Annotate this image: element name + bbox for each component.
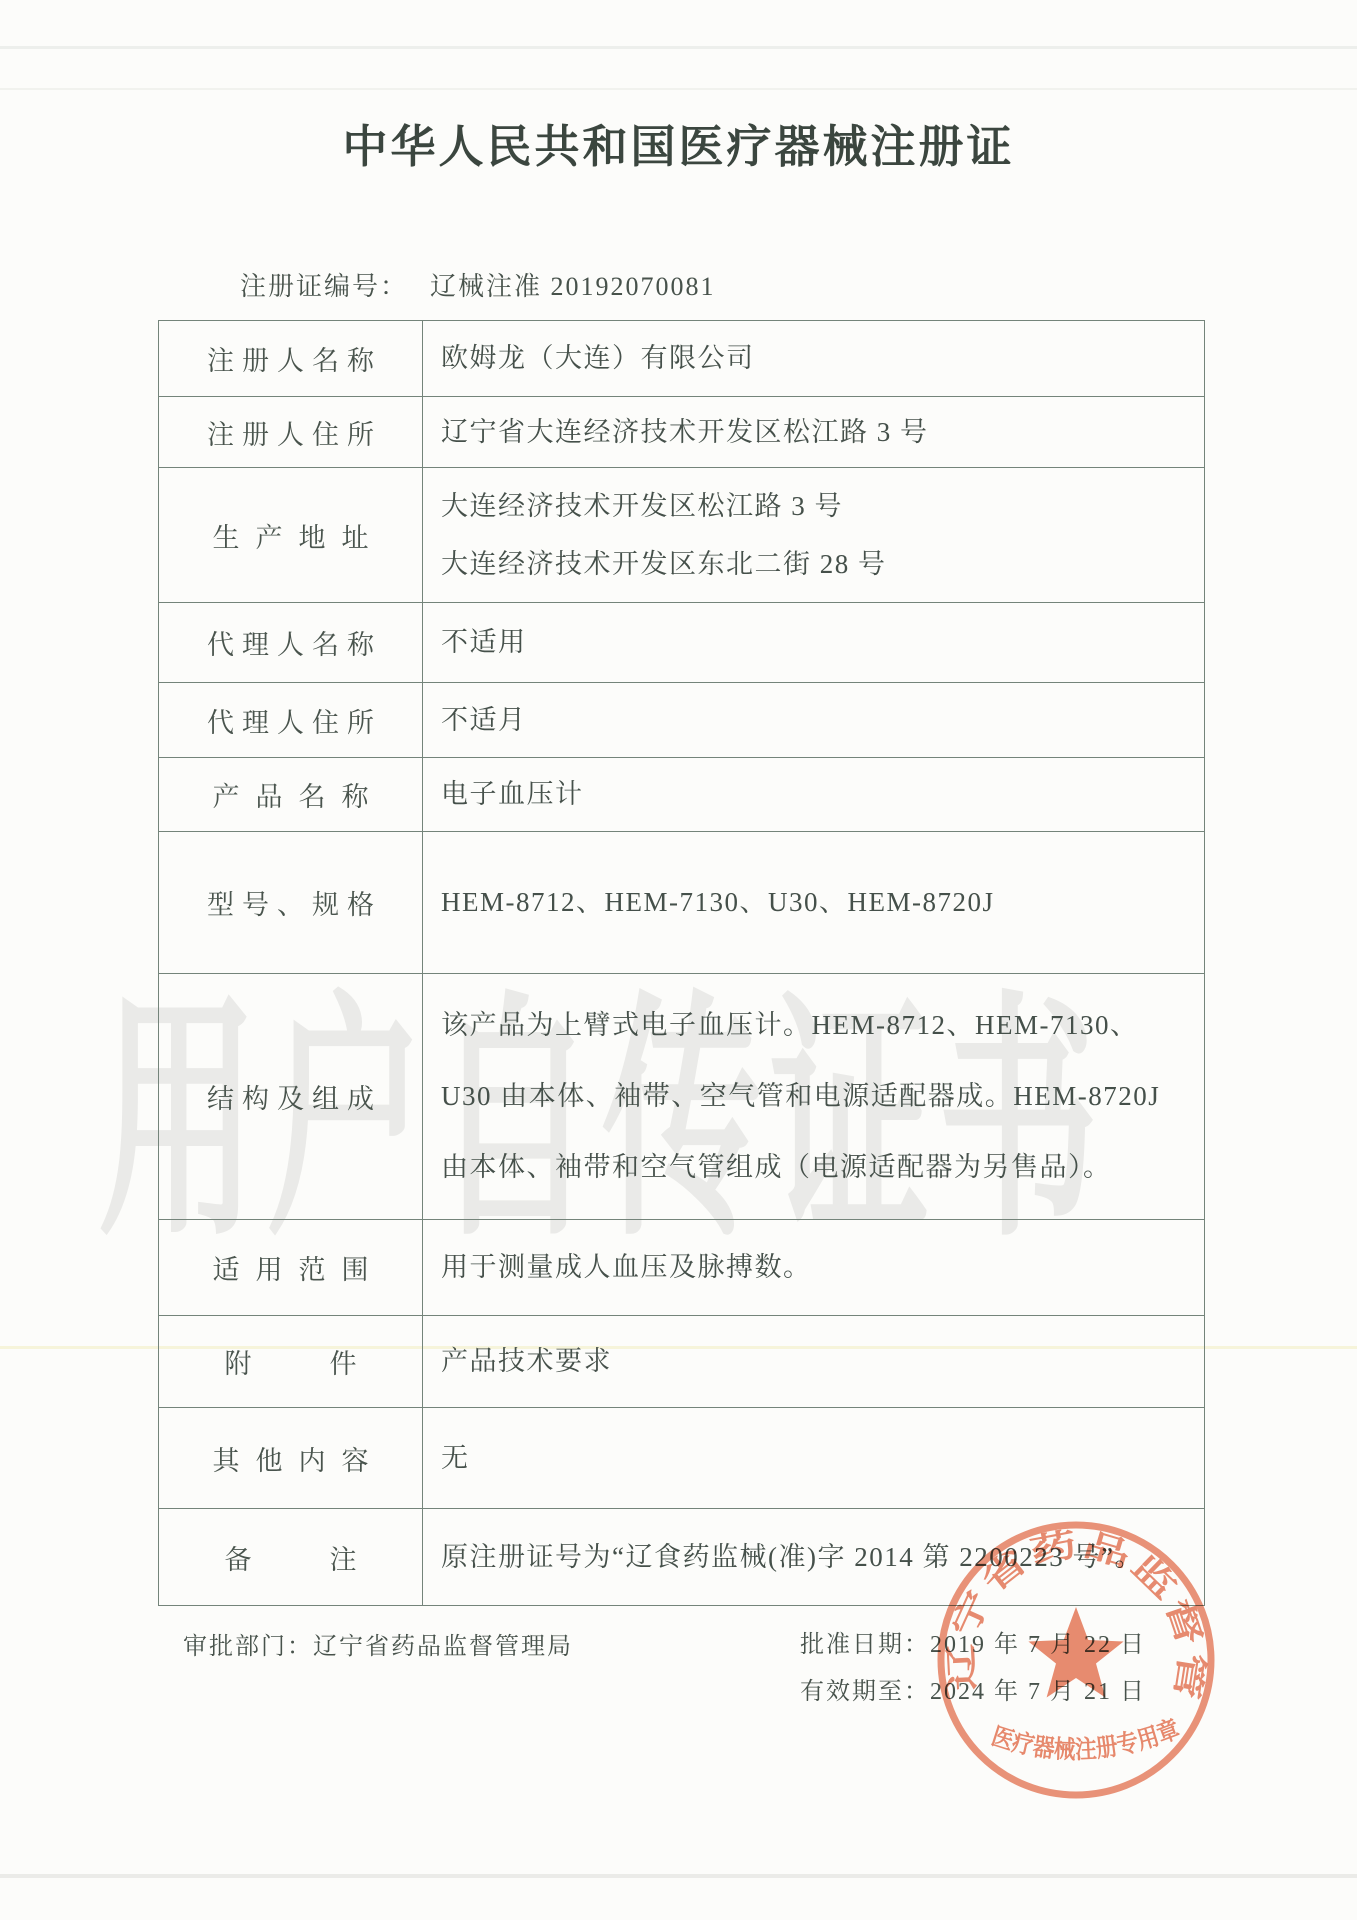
row-label: 产品名称	[159, 758, 423, 832]
table-row: 其他内容无	[159, 1408, 1205, 1509]
approval-date-label: 批准日期：	[800, 1632, 930, 1658]
row-label: 附 件	[159, 1316, 423, 1408]
row-value-line: 辽宁省大连经济技术开发区松江路 3 号	[441, 414, 1203, 450]
row-value: 不适月	[423, 683, 1205, 758]
row-label: 适用范围	[159, 1220, 423, 1316]
svg-text:医疗器械注册专用章: 医疗器械注册专用章	[988, 1714, 1183, 1764]
row-label: 注册人名称	[159, 321, 423, 397]
approval-department-value: 辽宁省药品监督管理局	[313, 1634, 573, 1660]
row-value: 辽宁省大连经济技术开发区松江路 3 号	[423, 397, 1205, 468]
table-row: 产品名称电子血压计	[159, 758, 1205, 832]
row-value: 不适用	[423, 603, 1205, 683]
certificate-table: 注册人名称欧姆龙（大连）有限公司注册人住所辽宁省大连经济技术开发区松江路 3 号…	[158, 320, 1205, 1606]
row-label: 型号、规格	[159, 832, 423, 974]
row-value: 原注册证号为“辽食药监械(准)字 2014 第 2200223 号”。	[423, 1509, 1205, 1606]
row-label: 其他内容	[159, 1408, 423, 1509]
row-label: 注册人住所	[159, 397, 423, 468]
table-row: 生产地址大连经济技术开发区松江路 3 号大连经济技术开发区东北二街 28 号	[159, 468, 1205, 603]
table-row: 代理人名称不适用	[159, 603, 1205, 683]
row-label: 备 注	[159, 1509, 423, 1606]
approval-date-line: 批准日期：2019 年 7 月 22 日	[800, 1624, 1146, 1659]
scan-artifact-line	[0, 1874, 1357, 1878]
approval-department-label: 审批部门：	[183, 1634, 313, 1660]
row-value-line: HEM-8712、HEM-7130、U30、HEM-8720J	[441, 884, 1203, 920]
row-value-line: U30 由本体、袖带、空气管和电源适配器成。HEM-8720J	[441, 1061, 1203, 1132]
row-value: 电子血压计	[423, 758, 1205, 832]
row-label: 生产地址	[159, 468, 423, 603]
row-value-line: 产品技术要求	[441, 1343, 1203, 1379]
row-value-line: 欧姆龙（大连）有限公司	[441, 340, 1203, 376]
table-row: 代理人住所不适月	[159, 683, 1205, 758]
table-row: 适用范围用于测量成人血压及脉搏数。	[159, 1220, 1205, 1316]
table-row: 备 注原注册证号为“辽食药监械(准)字 2014 第 2200223 号”。	[159, 1509, 1205, 1606]
row-value-line: 电子血压计	[441, 776, 1203, 812]
table-row: 型号、规格HEM-8712、HEM-7130、U30、HEM-8720J	[159, 832, 1205, 974]
row-value-line: 不适用	[441, 624, 1203, 660]
stamp-bottom-text: 医疗器械注册专用章	[988, 1714, 1183, 1764]
registration-number-label: 注册证编号：	[240, 272, 408, 301]
row-value-line: 无	[441, 1440, 1203, 1476]
page-title: 中华人民共和国医疗器械注册证	[0, 110, 1357, 175]
row-value-line: 用于测量成人血压及脉搏数。	[441, 1249, 1203, 1285]
valid-until-value: 2024 年 7 月 21 日	[930, 1679, 1146, 1705]
row-value: 产品技术要求	[423, 1316, 1205, 1408]
valid-until-label: 有效期至：	[800, 1679, 930, 1705]
row-value-line: 原注册证号为“辽食药监械(准)字 2014 第 2200223 号”。	[441, 1539, 1203, 1575]
row-label: 代理人名称	[159, 603, 423, 683]
table-row: 结构及组成该产品为上臂式电子血压计。HEM-8712、HEM-7130、U30 …	[159, 974, 1205, 1220]
row-value-line: 不适月	[441, 702, 1203, 738]
approval-date-value: 2019 年 7 月 22 日	[930, 1632, 1146, 1658]
registration-number-line: 注册证编号：辽械注准 20192070081	[240, 266, 716, 303]
table-row: 注册人名称欧姆龙（大连）有限公司	[159, 321, 1205, 397]
row-label: 结构及组成	[159, 974, 423, 1220]
row-value: HEM-8712、HEM-7130、U30、HEM-8720J	[423, 832, 1205, 974]
row-value-line: 大连经济技术开发区松江路 3 号	[441, 477, 1203, 535]
row-value: 用于测量成人血压及脉搏数。	[423, 1220, 1205, 1316]
row-value-line: 由本体、袖带和空气管组成（电源适配器为另售品）。	[441, 1132, 1203, 1203]
row-value: 欧姆龙（大连）有限公司	[423, 321, 1205, 397]
scan-artifact-line	[0, 46, 1357, 49]
scan-artifact-line	[0, 88, 1357, 90]
row-value: 无	[423, 1408, 1205, 1509]
row-value: 该产品为上臂式电子血压计。HEM-8712、HEM-7130、U30 由本体、袖…	[423, 974, 1205, 1220]
table-row: 附 件产品技术要求	[159, 1316, 1205, 1408]
row-value-line: 该产品为上臂式电子血压计。HEM-8712、HEM-7130、	[441, 990, 1203, 1061]
valid-until-line: 有效期至：2024 年 7 月 21 日	[800, 1671, 1146, 1706]
certificate-page: 用户自传证书 中华人民共和国医疗器械注册证 注册证编号：辽械注准 2019207…	[0, 0, 1357, 1920]
registration-number-value: 辽械注准 20192070081	[430, 272, 716, 301]
row-value-line: 大连经济技术开发区东北二街 28 号	[441, 535, 1203, 593]
approval-department-line: 审批部门：辽宁省药品监督管理局	[183, 1626, 573, 1661]
table-row: 注册人住所辽宁省大连经济技术开发区松江路 3 号	[159, 397, 1205, 468]
row-value: 大连经济技术开发区松江路 3 号大连经济技术开发区东北二街 28 号	[423, 468, 1205, 603]
row-label: 代理人住所	[159, 683, 423, 758]
